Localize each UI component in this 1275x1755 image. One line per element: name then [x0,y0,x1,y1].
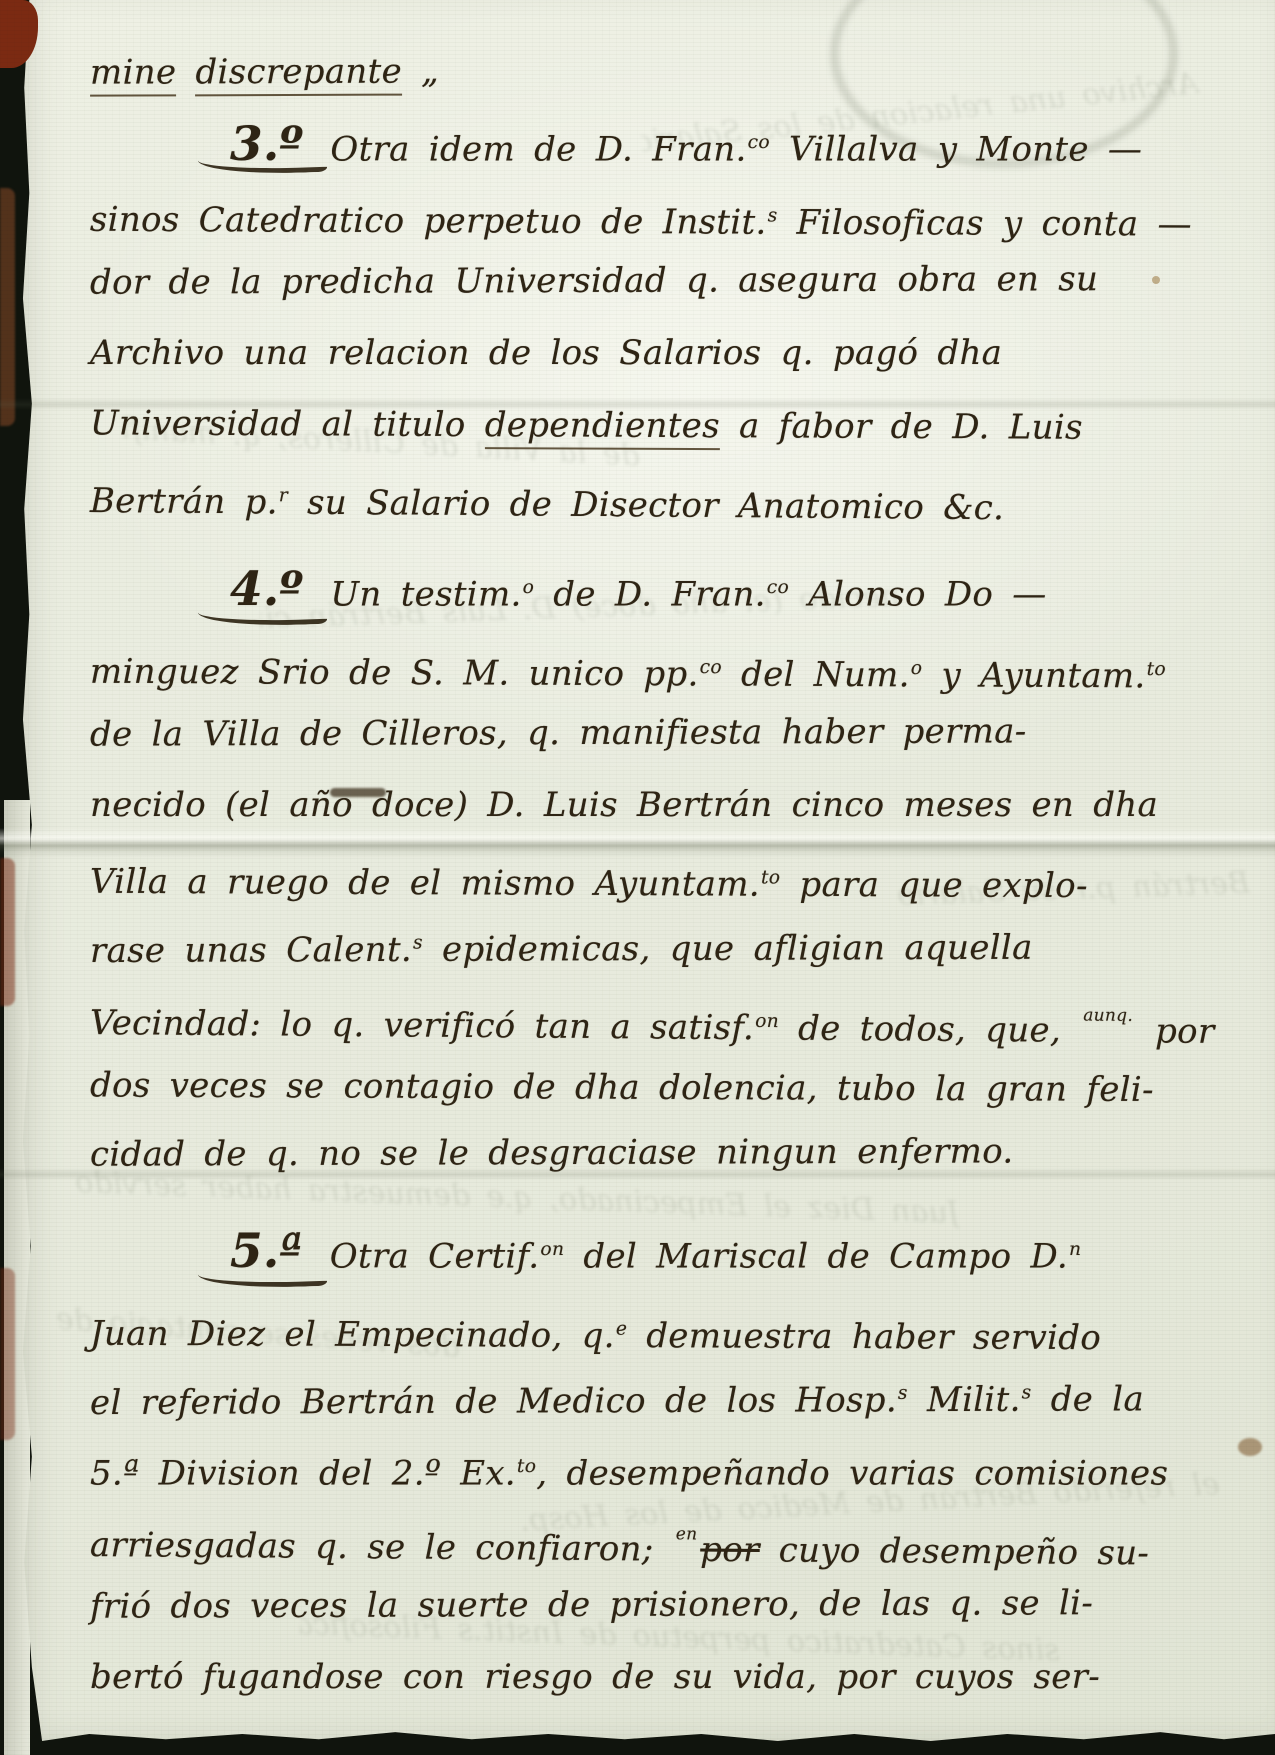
manuscript-line: necido (el año doce) D. Luis Bertrán cin… [0,770,1275,840]
text-segment: s [413,933,423,954]
manuscript-line: frió dos veces la suerte de prisionero, … [0,1568,1275,1642]
manuscript-line: el referido Bertrán de Medico de los Hos… [0,1358,1275,1432]
manuscript-line: 4.º Un testim.o de D. Fran.co Alonso Do … [0,546,1275,630]
text-segment: para que explo- [780,865,1088,906]
text-segment: cidad de q. no se le desgraciase ningun … [90,1131,1014,1174]
manuscript-line: sinos Catedratico perpetuo de Instit.s F… [0,178,1275,254]
text-segment: por [1136,1011,1215,1052]
text-segment: Universidad al titulo [90,403,485,445]
text-segment: de la [1031,1379,1144,1419]
manuscript-line: de la Villa de Cilleros, q. manifiesta h… [0,696,1275,770]
text-segment: on [540,1239,564,1260]
text-segment: del Num. [722,654,910,695]
manuscript-line: minguez Srio de S. M. unico pp.co del Nu… [0,630,1275,706]
text-segment: dos veces se contagio de dha dolencia, t… [90,1065,1154,1110]
text-segment: co [748,132,770,153]
text-segment: del Mariscal de Campo D. [564,1236,1068,1276]
manuscript-line: 5.ª Division del 2.º Ex.to, desempeñando… [0,1432,1275,1502]
text-segment: o [523,577,535,598]
text-segment: Bertrán p. [90,481,278,522]
text-segment: to [1147,659,1166,680]
manuscript-line: Villa a ruego de el mismo Ayuntam.to par… [0,840,1275,916]
manuscript-line: mine discrepante „ [0,34,1275,108]
text-segment: „ [402,51,439,91]
text-segment: minguez Srio de S. M. unico pp. [90,652,699,695]
text-segment: rase unas Calent. [90,930,412,971]
text-segment: demuestra haber servido [627,1316,1101,1358]
manuscript-line: cidad de q. no se le desgraciase ningun … [0,1116,1275,1190]
manuscript-line: Universidad al titulo dependientes a fab… [0,388,1275,464]
manuscript-line: rase unas Calent.s epidemicas, que aflig… [0,906,1275,980]
text-segment: on [755,1011,779,1032]
scanned-manuscript-page: Archivo una relacion de los Salarios q. … [0,0,1275,1755]
text-segment: 5.ª Division del 2.º Ex. [90,1453,516,1493]
text-segment: to [761,867,780,888]
text-segment: dor de la predicha Universidad q. asegur… [90,259,1098,303]
text-segment: epidemicas, que afligian aquella [423,928,1033,970]
text-segment: co [767,577,789,598]
text-segment: aunq. [1083,1005,1133,1025]
manuscript-line: bertó fugandose con riesgo de su vida, p… [0,1642,1275,1712]
text-segment: cuyo desempeño su- [759,1530,1149,1573]
text-segment: Filosoficas y conta — [777,203,1191,245]
manuscript-line: Archivo una relacion de los Salarios q. … [0,318,1275,388]
text-segment: discrepante [195,52,402,97]
text-segment: Otra Certif. [311,1236,540,1276]
text-segment: de D. Fran. [534,574,766,614]
text-segment: frió dos veces la suerte de prisionero, … [90,1583,1093,1627]
manuscript-line: 5.ª Otra Certif.on del Mariscal de Campo… [0,1208,1275,1292]
text-segment: dependientes [485,405,720,450]
text-segment: s [898,1383,908,1404]
text-segment: su Salario de Disector Anatomico &c. [288,483,1005,529]
text-segment: Juan Diez el Empecinado, q. [90,1314,615,1356]
text-segment [176,52,195,92]
text-segment: s [1022,1382,1032,1403]
text-segment: co [700,657,722,678]
manuscript-line: Juan Diez el Empecinado, q.e demuestra h… [0,1292,1275,1368]
manuscript-text: mine discrepante „3.º Otra idem de D. Fr… [0,38,1275,1712]
text-segment: de todos, que, [779,1008,1080,1050]
text-segment: en [676,1524,698,1544]
text-segment: Otra idem de D. Fran. [311,129,746,169]
text-segment: Alonso Do — [789,574,1046,614]
manuscript-line: dor de la predicha Universidad q. asegur… [0,244,1275,318]
manuscript-line: 3.º Otra idem de D. Fran.co Villalva y M… [0,108,1275,178]
text-segment: Un testim. [311,574,521,614]
text-segment: Villa a ruego de el mismo Ayuntam. [90,862,760,905]
text-segment: a fabor de D. Luis [720,406,1083,448]
text-segment: 3.º [228,110,311,180]
manuscript-line: Vecindad: lo q. verificó tan a satisf.on… [0,981,1275,1061]
text-segment: r [279,485,288,506]
text-segment: , desempeñando varias comisiones [536,1453,1168,1493]
manuscript-line: Bertrán p.r su Salario de Disector Anato… [0,459,1275,539]
text-segment: Vecindad: lo q. verificó tan a satisf. [90,1003,754,1048]
manuscript-line: dos veces se contagio de dha dolencia, t… [0,1050,1275,1126]
text-segment: sinos Catedratico perpetuo de Instit. [90,200,767,243]
text-segment: el referido Bertrán de Medico de los Hos… [90,1380,897,1423]
text-segment: de la Villa de Cilleros, q. manifiesta h… [90,711,1027,754]
text-segment: n [1069,1239,1081,1260]
text-segment: por [700,1530,760,1570]
text-segment: Milit. [908,1380,1021,1420]
text-segment: Villalva y Monte — [770,129,1142,169]
text-segment: e [616,1319,627,1340]
text-segment: necido (el año doce) D. Luis Bertrán cin… [90,785,1158,825]
text-segment: o [911,658,923,679]
text-segment: s [768,205,778,226]
text-segment: 4.º [228,548,311,632]
text-segment: mine [90,52,176,96]
text-segment: bertó fugandose con riesgo de su vida, p… [90,1657,1100,1697]
text-segment: 5.ª [228,1210,311,1294]
text-segment: y Ayuntam. [922,655,1145,696]
text-segment: to [517,1456,536,1477]
text-segment: Archivo una relacion de los Salarios q. … [90,333,1002,373]
text-segment: arriesgadas q. se le confiaron; [90,1525,673,1570]
